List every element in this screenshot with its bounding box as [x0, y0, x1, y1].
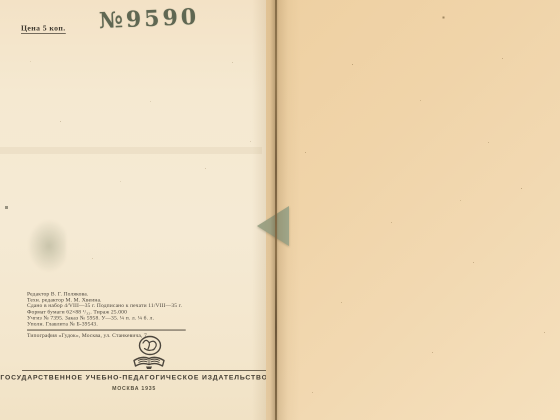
paper-specks [0, 0, 1, 1]
price-stamp: Цена 5 коп. [21, 24, 66, 34]
colophon-line: Уполн. Главлита № Б-39543. [27, 321, 275, 327]
colophon-divider [27, 330, 186, 331]
right-page [266, 0, 560, 420]
book-scan-spread: Цена 5 коп. №9590 Редактор В. Г. Поляков… [0, 0, 560, 420]
open-book-monogram-icon [131, 335, 167, 371]
paper-stain [28, 220, 66, 272]
corner-bookmark-triangle [257, 206, 289, 246]
colophon-block: Редактор В. Г. Полякова. Техн. редактор … [27, 291, 275, 338]
publisher-city-year: МОСКВА 1935 [0, 385, 268, 391]
inventory-number-stamp: №9590 [98, 4, 199, 34]
paper-showthrough-band [0, 147, 262, 154]
publisher-name: ГОСУДАРСТВЕННОЕ УЧЕБНО-ПЕДАГОГИЧЕСКОЕ ИЗ… [0, 374, 268, 381]
left-page: Цена 5 коп. №9590 Редактор В. Г. Поляков… [0, 0, 266, 420]
